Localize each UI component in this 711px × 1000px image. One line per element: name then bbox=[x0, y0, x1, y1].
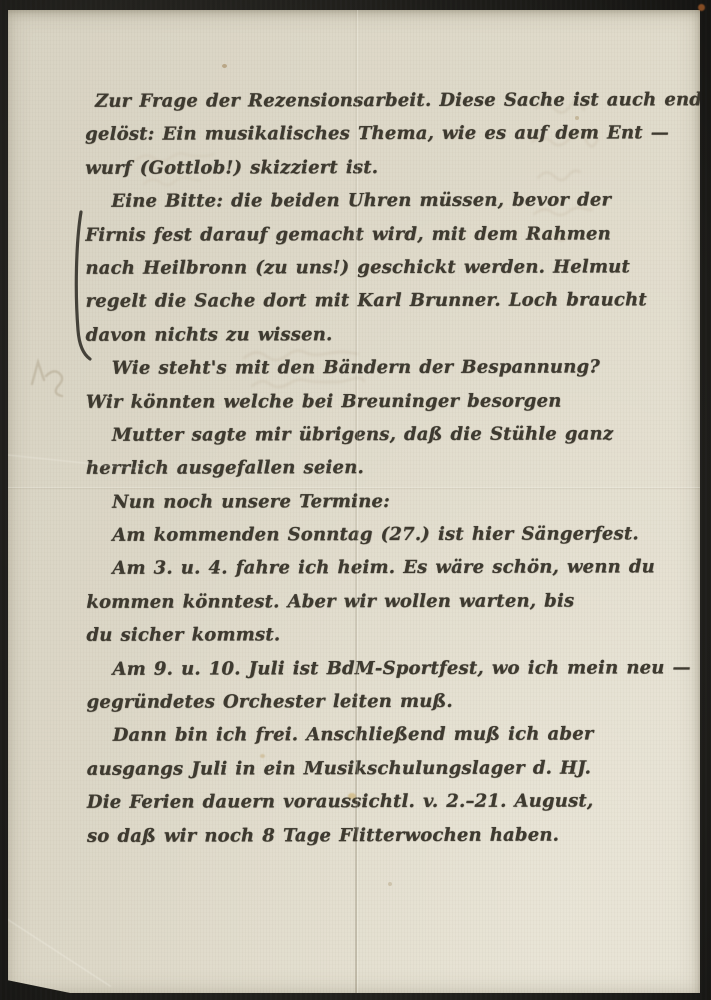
handwritten-line: Nun noch unsere Termine: bbox=[86, 484, 700, 519]
foxing-spot bbox=[260, 754, 265, 758]
foxing-spot bbox=[222, 64, 227, 68]
handwritten-line: Am 3. u. 4. fahre ich heim. Es wäre schö… bbox=[86, 551, 700, 586]
handwritten-line: davon nichts zu wissen. bbox=[86, 317, 700, 352]
letter-text-block: Zur Frage der Rezensionsarbeit. Diese Sa… bbox=[85, 83, 701, 853]
handwritten-line: Die Ferien dauern voraussichtl. v. 2.–21… bbox=[87, 784, 701, 819]
handwritten-line: Zur Frage der Rezensionsarbeit. Diese Sa… bbox=[85, 83, 699, 118]
handwritten-line: Wir könnten welche bei Breuninger besorg… bbox=[86, 384, 700, 419]
handwritten-line: ausgangs Juli in ein Musikschulungslager… bbox=[87, 751, 701, 786]
scan-background: Zur Frage der Rezensionsarbeit. Diese Sa… bbox=[0, 0, 711, 1000]
handwritten-line: Am 9. u. 10. Juli ist BdM-Sportfest, wo … bbox=[86, 651, 700, 686]
foxing-spot bbox=[388, 882, 392, 886]
corner-crease-bottom-left bbox=[6, 918, 111, 987]
fold-line-horizontal bbox=[8, 487, 700, 488]
handwritten-line: so daß wir noch 8 Tage Flitterwochen hab… bbox=[87, 818, 701, 853]
handwritten-line: Wie steht's mit den Bändern der Bespannu… bbox=[86, 350, 700, 385]
letter-page: Zur Frage der Rezensionsarbeit. Diese Sa… bbox=[8, 10, 700, 993]
handwritten-line: du sicher kommst. bbox=[86, 617, 700, 652]
fold-line-vertical bbox=[355, 10, 357, 993]
handwritten-line: nach Heilbronn (zu uns!) geschickt werde… bbox=[85, 250, 699, 285]
handwritten-line: herrlich ausgefallen seien. bbox=[86, 450, 700, 485]
handwritten-line: gelöst: Ein musikalisches Thema, wie es … bbox=[85, 117, 699, 152]
rust-fleck bbox=[698, 4, 705, 11]
handwritten-line: Dann bin ich frei. Anschließend muß ich … bbox=[87, 718, 701, 753]
handwritten-line: regelt die Sache dort mit Karl Brunner. … bbox=[86, 284, 700, 319]
handwritten-line: kommen könntest. Aber wir wollen warten,… bbox=[86, 584, 700, 619]
handwritten-line: Am kommenden Sonntag (27.) ist hier Säng… bbox=[86, 517, 700, 552]
foxing-spot bbox=[575, 116, 579, 120]
handwritten-line: Mutter sagte mir übrigens, daß die Stühl… bbox=[86, 417, 700, 452]
handwritten-line: wurf (Gottlob!) skizziert ist. bbox=[85, 150, 699, 185]
handwritten-line: gegründetes Orchester leiten muß. bbox=[87, 684, 701, 719]
handwritten-line: Eine Bitte: die beiden Uhren müssen, bev… bbox=[85, 183, 699, 218]
handwritten-line: Firnis fest darauf gemacht wird, mit dem… bbox=[85, 217, 699, 252]
foxing-spot bbox=[348, 793, 356, 799]
